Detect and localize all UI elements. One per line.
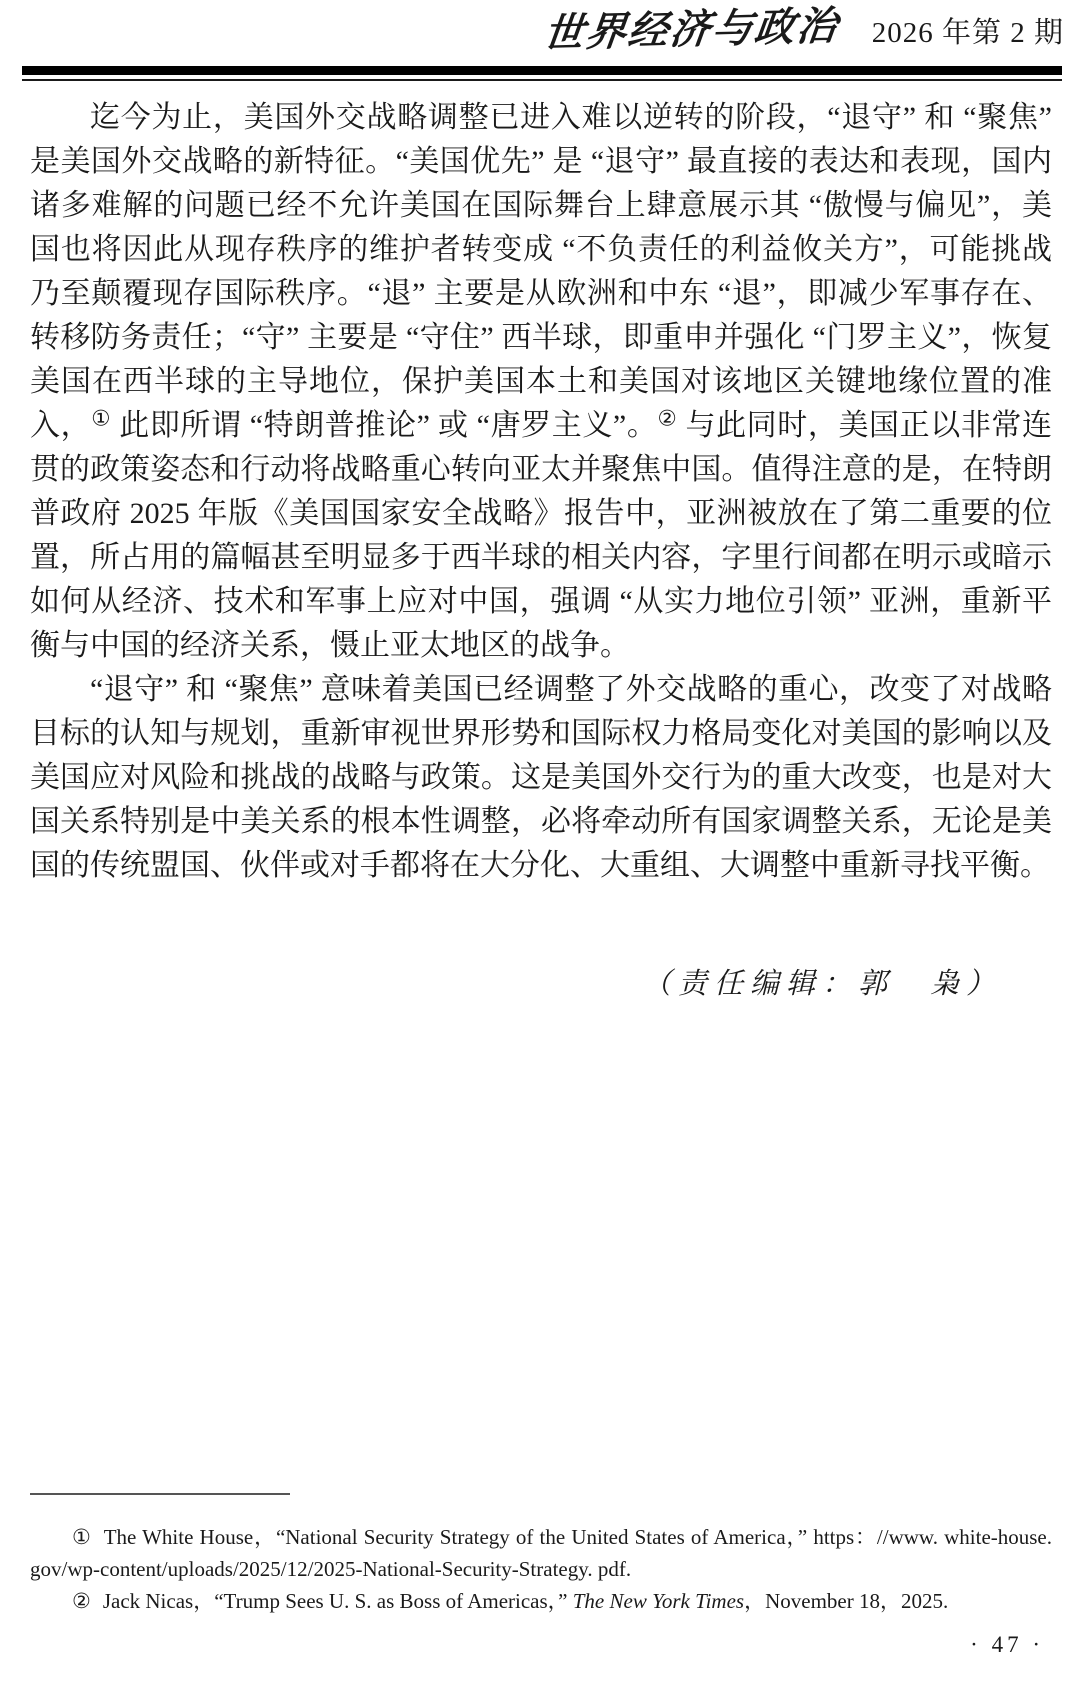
article-body: 迄今为止，美国外交战略调整已进入难以逆转的阶段，“退守” 和 “聚焦” 是美国外… (30, 96, 1052, 1006)
header-rule-thin (22, 79, 1062, 81)
issue-info: 2026 年第 2 期 (872, 19, 1064, 54)
header-rule-thick (22, 66, 1062, 75)
journal-logo: 世界经济与政治 (541, 6, 841, 58)
footnote-separator (30, 1493, 290, 1495)
journal-page: 世界经济与政治 2026 年第 2 期 迄今为止，美国外交战略调整已进入难以逆转… (0, 0, 1080, 1689)
paragraph-1-text-c: 与此同时，美国正以非常连贯的政策姿态和行动将战略重心转向亚太并聚焦中国。值得注意… (30, 409, 1052, 662)
paragraph-1-text-b: 此即所谓 “特朗普推论” 或 “唐罗主义”。 (111, 409, 657, 442)
footnote-2-source-title: The New York Times (573, 1589, 744, 1613)
footnote-list: ①The White House，“National Security Stra… (30, 1521, 1052, 1617)
footnote-2-marker: ② (72, 1589, 91, 1613)
page-header: 世界经济与政治 2026 年第 2 期 (544, 10, 1064, 54)
footnote-2-text-before: Jack Nicas，“Trump Sees U. S. as Boss of … (103, 1589, 573, 1613)
page-number: · 47 · (970, 1632, 1044, 1658)
footnote-2: ②Jack Nicas，“Trump Sees U. S. as Boss of… (30, 1585, 1052, 1617)
footnote-1-text: The White House，“National Security Strat… (30, 1525, 1052, 1581)
paragraph-1-text-a: 迄今为止，美国外交战略调整已进入难以逆转的阶段，“退守” 和 “聚焦” 是美国外… (30, 101, 1052, 442)
footnote-ref-2: ② (657, 406, 677, 430)
footnote-2-text-after: ，November 18，2025. (744, 1589, 948, 1613)
footnote-section: ①The White House，“National Security Stra… (30, 1493, 1052, 1617)
paragraph-2: “退守” 和 “聚焦” 意味着美国已经调整了外交战略的重心，改变了对战略目标的认… (30, 668, 1052, 888)
paragraph-1: 迄今为止，美国外交战略调整已进入难以逆转的阶段，“退守” 和 “聚焦” 是美国外… (30, 96, 1052, 668)
editor-note: （责任编辑：郭 枭） (30, 962, 1052, 1006)
footnote-ref-1: ① (91, 406, 111, 430)
footnote-1-marker: ① (72, 1525, 92, 1549)
footnote-1: ①The White House，“National Security Stra… (30, 1521, 1052, 1585)
